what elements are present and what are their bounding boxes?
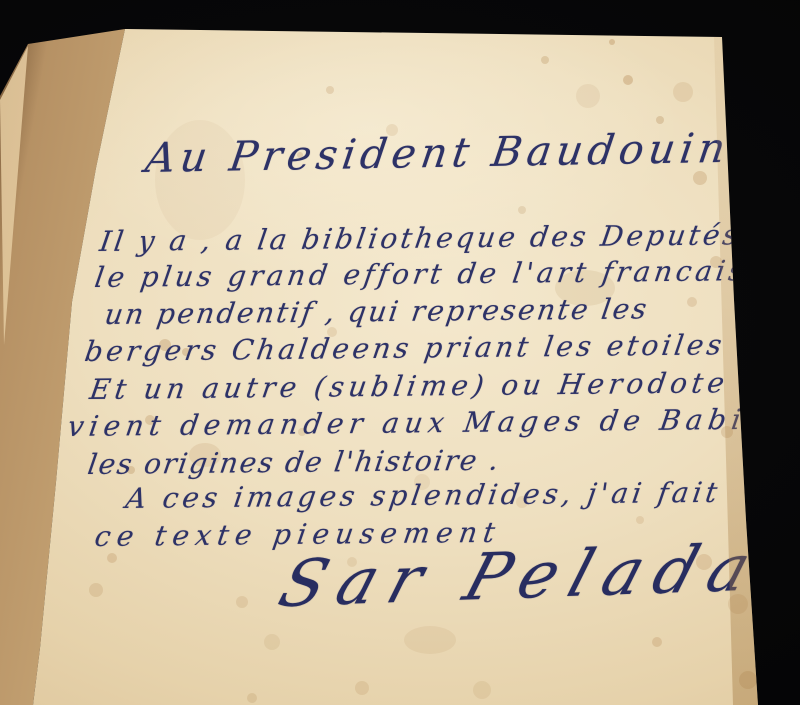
dedication-line-1: Il y a , a la bibliotheque des Deputés [98,218,743,258]
dedication-line-5: Et un autre (sublime) ou Herodote [88,366,731,406]
dedication-line-8: A ces images splendides, j'ai fait [124,476,724,515]
dedication-line-2: le plus grand effort de l'art francais [93,254,750,294]
photograph-of-open-book: Au President Baudouin Il y a , a la bibl… [0,0,800,705]
dedication-line-4: bergers Chaldeens priant les etoiles . [83,328,753,368]
dedication-line-3: un pendentif , qui represente les [103,292,652,331]
dedication-line-7: les origines de l'histoire . [86,444,503,481]
manuscript-page: Au President Baudouin Il y a , a la bibl… [0,0,800,705]
